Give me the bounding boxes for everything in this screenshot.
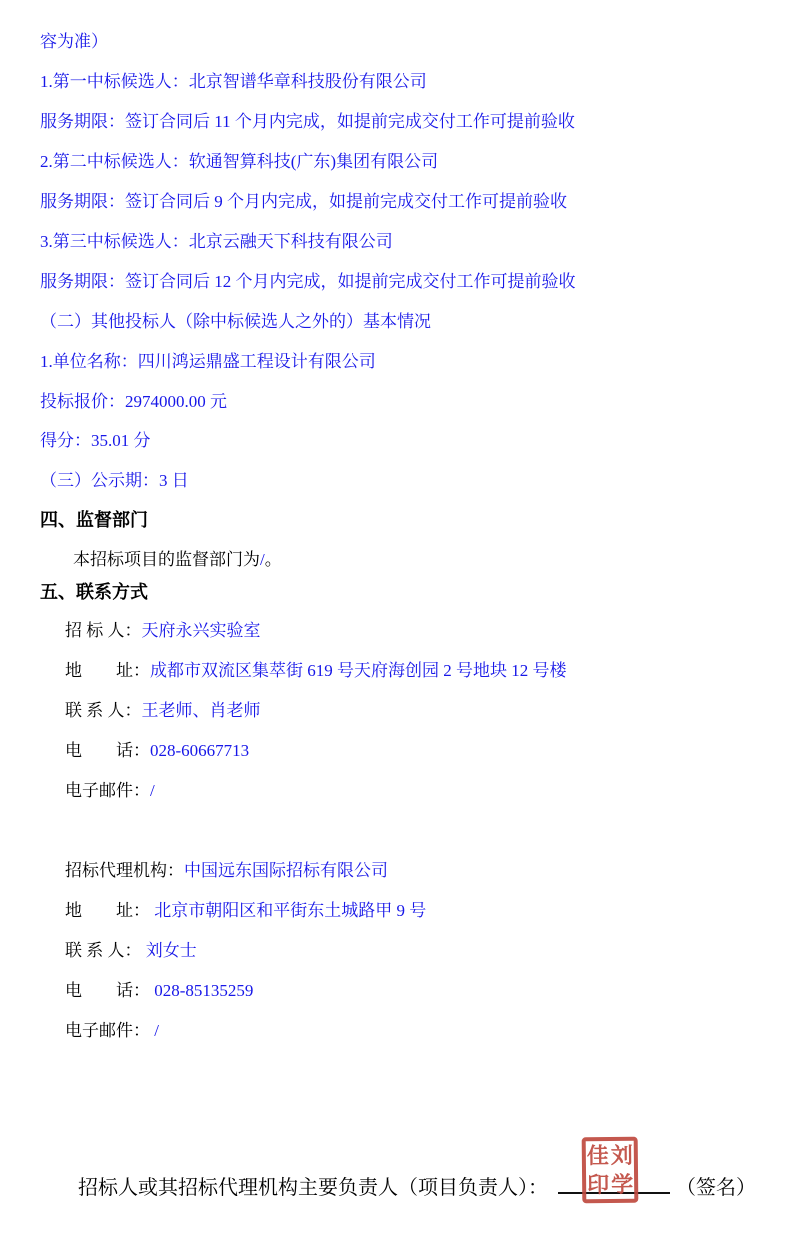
row-label: 电 话：: [65, 741, 150, 760]
row-label: 地 址：: [65, 661, 150, 680]
row-value: /: [150, 1021, 159, 1040]
personal-seal-stamp: 佳 刘 印 学: [582, 1137, 639, 1204]
row-label: 电子邮件：: [65, 781, 150, 800]
agency-name-row: 招标代理机构：中国远东国际招标有限公司: [65, 860, 388, 881]
agency-address-row: 地 址： 北京市朝阳区和平街东土城路甲 9 号: [65, 900, 426, 921]
supervision-text: 本招标项目的监督部门为/。: [73, 549, 282, 570]
supervision-text-suffix: 。: [265, 550, 282, 569]
row-label: 电 话：: [65, 981, 150, 1000]
row-label: 联 系 人：: [65, 701, 142, 720]
candidate-3-service: 服务期限：签订合同后 12 个月内完成，如提前完成交付工作可提前验收: [40, 271, 576, 292]
agency-phone-row: 电 话： 028-85135259: [65, 980, 253, 1001]
row-value: 028-60667713: [150, 741, 249, 760]
signature-line: 招标人或其招标代理机构主要负责人（项目负责人）：（签名）: [78, 1176, 756, 1200]
agency-email-row: 电子邮件： /: [65, 1020, 159, 1041]
publicity-period-line: （三）公示期：3 日: [40, 470, 189, 491]
fragment-line: 容为准）: [40, 31, 108, 52]
row-label: 招 标 人：: [65, 621, 142, 640]
tenderer-address-row: 地 址：成都市双流区集萃街 619 号天府海创园 2 号地块 12 号楼: [65, 660, 567, 681]
row-label: 地 址：: [65, 901, 150, 920]
other-bidders-heading: （二）其他投标人（除中标候选人之外的）基本情况: [40, 311, 431, 332]
other-bidder-price: 投标报价：2974000.00 元: [40, 391, 227, 412]
tenderer-email-row: 电子邮件：/: [65, 780, 155, 801]
row-value: 北京市朝阳区和平街东土城路甲 9 号: [150, 901, 426, 920]
tenderer-name-row: 招 标 人：天府永兴实验室: [65, 620, 261, 641]
row-value: 刘女士: [142, 941, 197, 960]
seal-char: 佳: [587, 1145, 609, 1167]
seal-char: 学: [611, 1173, 633, 1195]
row-value: 028-85135259: [150, 981, 253, 1000]
candidate-2-service: 服务期限：签订合同后 9 个月内完成，如提前完成交付工作可提前验收: [40, 191, 567, 212]
row-value: 王老师、肖老师: [142, 701, 261, 720]
seal-char: 刘: [611, 1144, 633, 1166]
other-bidder-score: 得分：35.01 分: [40, 430, 151, 451]
row-label: 电子邮件：: [65, 1021, 150, 1040]
row-value: 中国远东国际招标有限公司: [184, 861, 388, 880]
row-label: 招标代理机构：: [65, 861, 184, 880]
row-value: 天府永兴实验室: [142, 621, 261, 640]
row-label: 联 系 人：: [65, 941, 142, 960]
supervision-text-prefix: 本招标项目的监督部门为: [73, 550, 260, 569]
candidate-1-title: 1.第一中标候选人：北京智谱华章科技股份有限公司: [40, 71, 427, 92]
other-bidder-name: 1.单位名称：四川鸿运鼎盛工程设计有限公司: [40, 351, 376, 372]
candidate-1-service: 服务期限：签订合同后 11 个月内完成，如提前完成交付工作可提前验收: [40, 111, 575, 132]
signature-prefix: 招标人或其招标代理机构主要负责人（项目负责人）：: [78, 1177, 548, 1199]
document-page: 容为准） 1.第一中标候选人：北京智谱华章科技股份有限公司 服务期限：签订合同后…: [0, 0, 809, 1239]
section-4-heading: 四、监督部门: [40, 510, 148, 531]
candidate-2-title: 2.第二中标候选人：软通智算科技(广东)集团有限公司: [40, 151, 438, 172]
candidate-3-title: 3.第三中标候选人：北京云融天下科技有限公司: [40, 231, 393, 252]
section-5-heading: 五、联系方式: [40, 582, 148, 603]
seal-char: 印: [587, 1174, 609, 1196]
row-value: 成都市双流区集萃街 619 号天府海创园 2 号地块 12 号楼: [150, 661, 567, 680]
row-value: /: [150, 781, 155, 800]
signature-suffix: （签名）: [676, 1177, 756, 1199]
agency-contact-row: 联 系 人： 刘女士: [65, 940, 197, 961]
tenderer-phone-row: 电 话：028-60667713: [65, 740, 249, 761]
tenderer-contact-row: 联 系 人：王老师、肖老师: [65, 700, 261, 721]
